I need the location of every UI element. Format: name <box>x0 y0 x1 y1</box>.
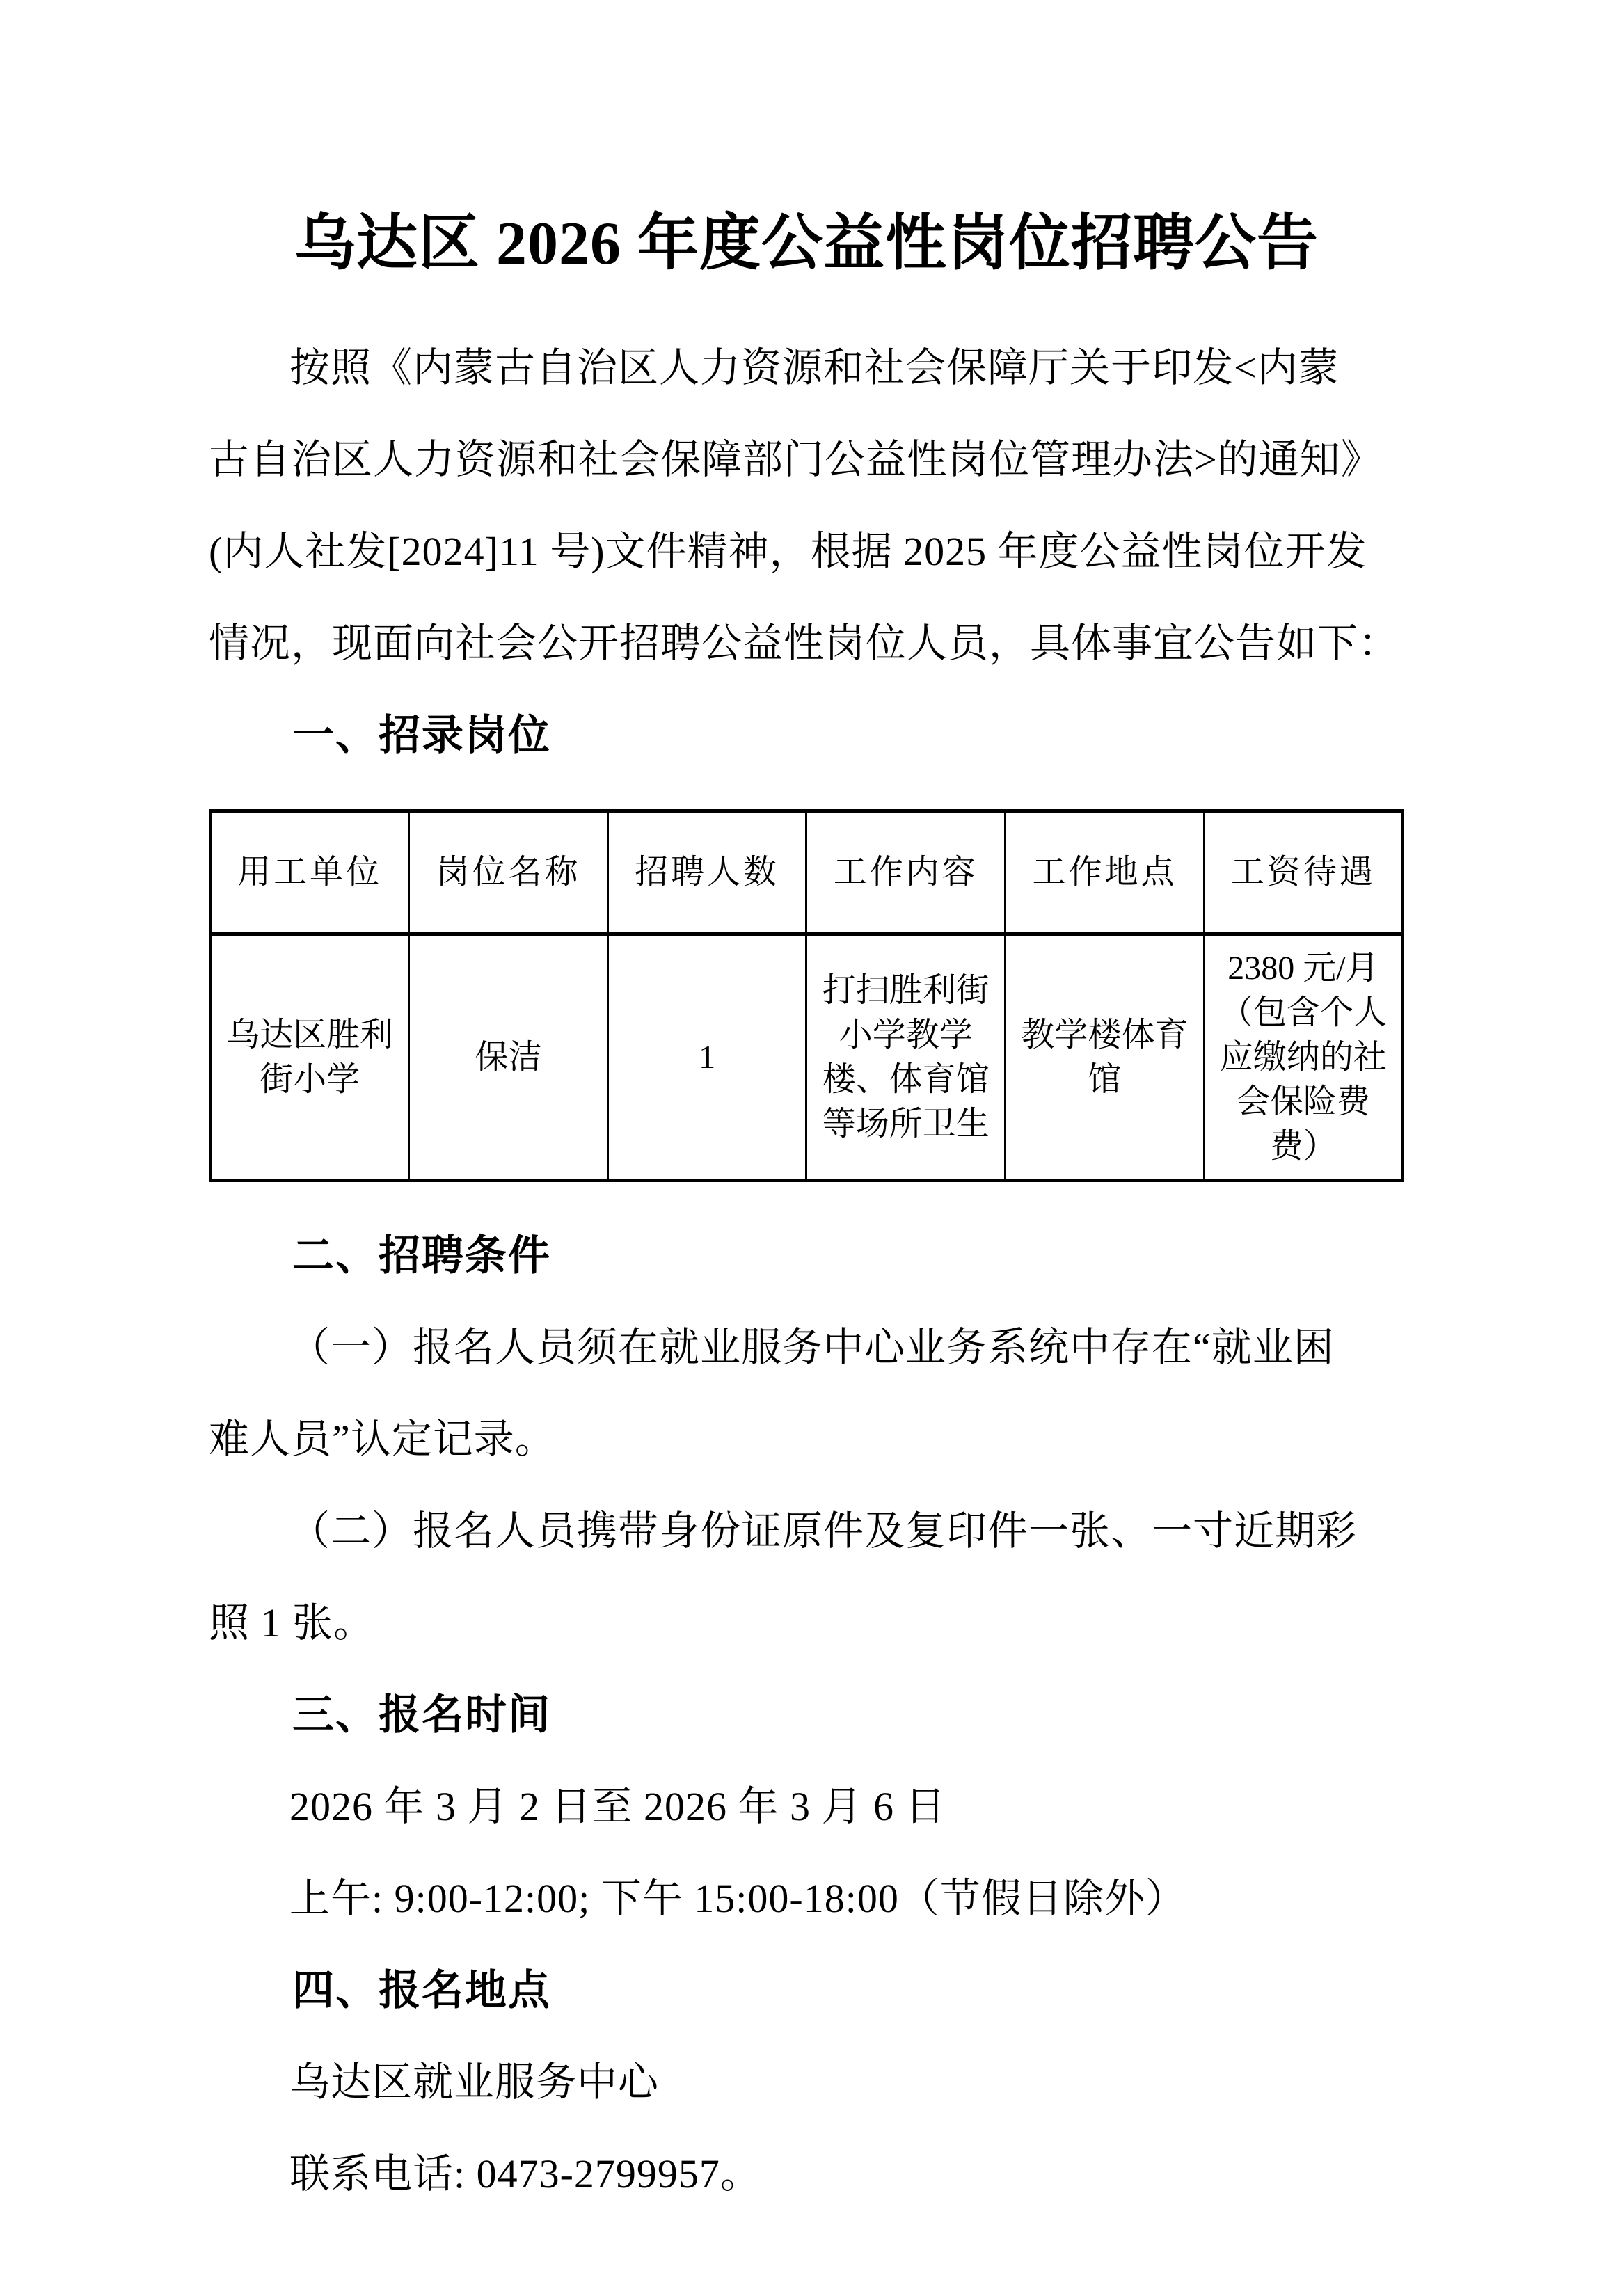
col-header-headcount: 招聘人数 <box>607 811 806 934</box>
section4-phone: 联系电话: 0473-2799957。 <box>209 2128 1404 2220</box>
recruitment-table-header: 用工单位 岗位名称 招聘人数 工作内容 工作地点 工资待遇 <box>210 811 1403 934</box>
cell-employer: 乌达区胜利 街小学 <box>210 934 409 1181</box>
section2-item2: （二）报名人员携带身份证原件及复印件一张、一寸近期彩 照 1 张。 <box>209 1485 1404 1669</box>
col-header-job-content: 工作内容 <box>806 811 1006 934</box>
col-header-employer: 用工单位 <box>210 811 409 934</box>
col-header-work-place: 工作地点 <box>1006 811 1205 934</box>
section3-time-range: 上午: 9:00-12:00; 下午 15:00-18:00（节假日除外） <box>209 1853 1404 1945</box>
intro-paragraph: 按照《内蒙古自治区人力资源和社会保障厅关于印发<内蒙 古自治区人力资源和社会保障… <box>209 322 1404 689</box>
cell-post-name: 保洁 <box>409 934 608 1181</box>
recruitment-table: 用工单位 岗位名称 招聘人数 工作内容 工作地点 工资待遇 乌达区胜利 街小学 … <box>209 809 1404 1182</box>
section4-address: 乌达区就业服务中心 <box>209 2036 1404 2128</box>
section1-heading: 一、招录岗位 <box>209 689 1404 781</box>
cell-work-place: 教学楼体育 馆 <box>1006 934 1205 1181</box>
page-title: 乌达区 2026 年度公益性岗位招聘公告 <box>209 209 1404 279</box>
cell-headcount: 1 <box>607 934 806 1181</box>
section3-date-range: 2026 年 3 月 2 日至 2026 年 3 月 6 日 <box>209 1761 1404 1853</box>
cell-salary: 2380 元/月 （包含个人 应缴纳的社 会保险费 费） <box>1204 934 1403 1181</box>
section2-item1: （一）报名人员须在就业服务中心业务系统中存在“就业困 难人员”认定记录。 <box>209 1302 1404 1485</box>
section3-heading: 三、报名时间 <box>209 1669 1404 1761</box>
section4-heading: 四、报名地点 <box>209 1945 1404 2036</box>
cell-job-content: 打扫胜利街 小学教学 楼、体育馆 等场所卫生 <box>806 934 1006 1181</box>
section2-heading: 二、招聘条件 <box>209 1210 1404 1302</box>
table-header-row: 用工单位 岗位名称 招聘人数 工作内容 工作地点 工资待遇 <box>210 811 1403 934</box>
col-header-salary: 工资待遇 <box>1204 811 1403 934</box>
announcement-page: 乌达区 2026 年度公益性岗位招聘公告 按照《内蒙古自治区人力资源和社会保障厅… <box>0 0 1613 2296</box>
col-header-post-name: 岗位名称 <box>409 811 608 934</box>
recruitment-table-body: 乌达区胜利 街小学 保洁 1 打扫胜利街 小学教学 楼、体育馆 等场所卫生 教学… <box>210 934 1403 1181</box>
table-row: 乌达区胜利 街小学 保洁 1 打扫胜利街 小学教学 楼、体育馆 等场所卫生 教学… <box>210 934 1403 1181</box>
